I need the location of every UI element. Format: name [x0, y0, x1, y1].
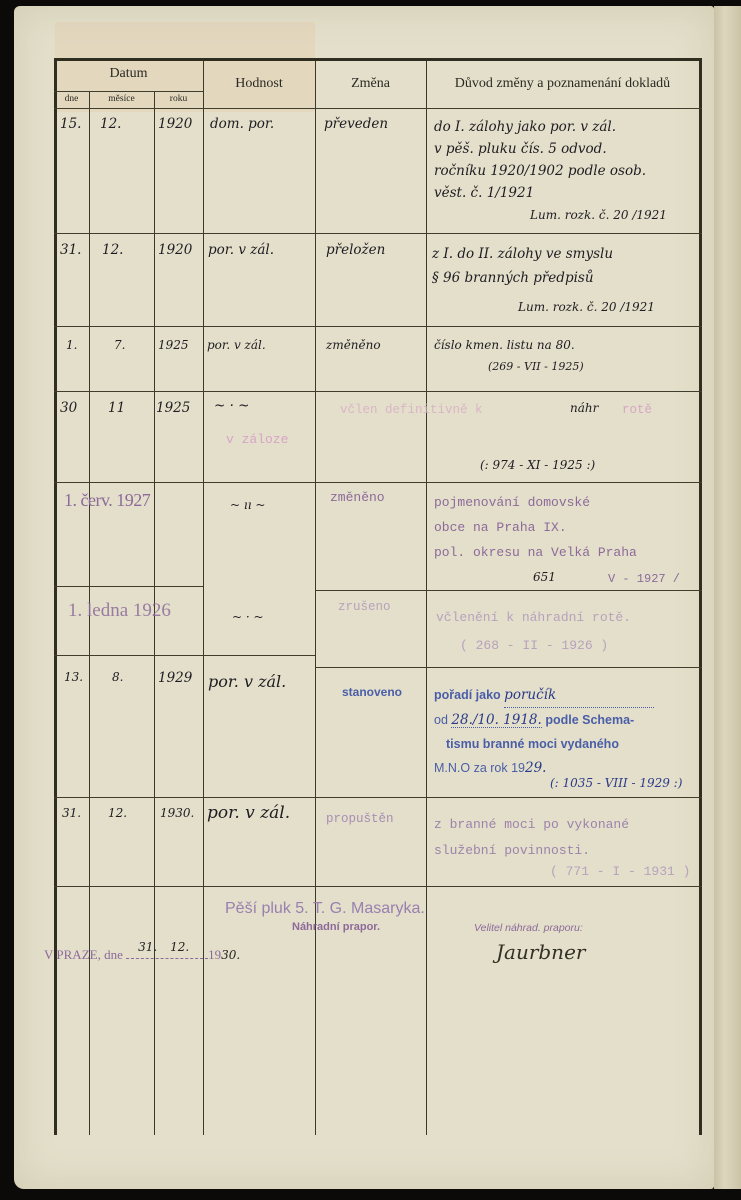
row-7-duvod: pořadí jako poručík od 28./10. 1918. pod… — [434, 683, 654, 780]
header-dne: dne — [54, 94, 89, 104]
row-5-reference-number: 651 — [533, 570, 556, 584]
row-7-duvod-line4-prefix: M.N.O za rok 19 — [434, 761, 525, 775]
datum-subheader-line — [54, 91, 203, 92]
row-7-duvod-od: od — [434, 713, 448, 727]
row-1-dne: 15. — [60, 116, 81, 132]
row-7-duvod-line-2: od 28./10. 1918. podle Schema- — [434, 708, 654, 732]
row-6-duvod: včlenění k náhradní rotě. — [436, 610, 631, 625]
row-3-zmena: změněno — [326, 338, 381, 352]
table-border-left — [54, 58, 57, 1135]
commander-signature: Jaurbner — [496, 940, 585, 964]
row-4-duvod-handwritten: náhr — [570, 401, 598, 415]
row-2-zmena: přeložen — [326, 242, 385, 258]
row-4-mesice: 11 — [108, 400, 125, 416]
header-mesice: měsíce — [89, 94, 154, 104]
row-line-5-right — [315, 590, 702, 591]
row-5-date-stamp: 1. červ. 1927 — [64, 490, 150, 511]
row-5-duvod: pojmenování domovské obce na Praha IX. p… — [434, 490, 637, 565]
row-4-reference: (: 974 - XI - 1925 :) — [480, 458, 595, 472]
row-1-roku: 1920 — [158, 116, 192, 132]
row-7-zmena: stanoveno — [342, 685, 402, 699]
row-8-reference: ( 771 - I - 1931 ) — [550, 864, 690, 879]
row-6-date-stamp: 1. ledna 1926 — [68, 600, 171, 622]
row-4-roku: 1925 — [156, 400, 190, 416]
row-3-roku: 1925 — [158, 338, 189, 352]
row-1-mesice: 12. — [100, 116, 121, 132]
row-line-2 — [54, 326, 702, 327]
row-5-duvod-line: pojmenování domovské — [434, 490, 637, 515]
row-4-zmena-stamp: v záloze — [226, 432, 288, 447]
row-8-duvod: z branné moci po vykonané služební povin… — [434, 812, 629, 864]
footer-day: 31. — [138, 940, 157, 954]
header-zmena: Změna — [315, 76, 426, 92]
header-datum: Datum — [54, 66, 203, 82]
row-7-hodnost: por. v zál. — [208, 672, 286, 691]
row-7-duvod-line2-rest: podle Schema- — [545, 713, 634, 727]
row-5-hodnost: ~ ıı ~ — [230, 498, 265, 512]
row-3-hodnost: por. v zál. — [207, 338, 266, 352]
table-border-top — [54, 58, 702, 61]
row-6-zmena: zrušeno — [338, 600, 391, 614]
row-7-roku: 1929 — [158, 670, 192, 686]
row-7-mesice: 8. — [112, 670, 123, 684]
row-line-4 — [54, 482, 702, 483]
row-2-dne: 31. — [60, 242, 81, 258]
place-label: V PRAZE, dne — [44, 947, 123, 962]
row-8-dne: 31. — [62, 806, 81, 820]
row-3-duvod: číslo kmen. listu na 80. — [434, 338, 575, 352]
row-3-reference: (269 - VII - 1925) — [488, 360, 584, 373]
row-5-zmena: změněno — [330, 490, 385, 505]
row-line-1 — [54, 233, 702, 234]
footer-month: 12. — [170, 940, 189, 954]
row-7-duvod-prefix: pořadí jako — [434, 688, 501, 702]
row-8-hodnost: por. v zál. — [207, 803, 290, 823]
row-7-duvod-date: 28./10. 1918. — [451, 712, 541, 728]
battalion-stamp: Náhradní prapor. — [292, 921, 380, 933]
row-7-rank: poručík — [504, 687, 556, 703]
row-line-8 — [54, 886, 702, 887]
footer-year-prefix: 19 — [208, 947, 221, 962]
row-5-duvod-line: obce na Praha IX. — [434, 515, 637, 540]
row-2-duvod-line: § 96 branných předpisů — [432, 266, 613, 290]
row-8-zmena: propuštěn — [326, 812, 394, 826]
row-2-duvod-line: z I. do II. zálohy ve smyslu — [432, 242, 613, 266]
row-2-duvod: z I. do II. zálohy ve smyslu § 96 branný… — [432, 242, 613, 290]
row-5-reference: V - 1927 / — [608, 572, 680, 586]
row-7-duvod-line-1: pořadí jako poručík — [434, 683, 654, 708]
row-7-date-field: 28./10. 1918. — [451, 713, 541, 728]
row-4-hodnost: ~ · ~ — [214, 398, 250, 414]
col-divider-roku — [203, 58, 204, 1135]
table-border-right — [699, 58, 702, 1135]
row-2-reference: Lum. rozk. č. 20 /1921 — [518, 300, 655, 314]
row-line-3 — [54, 391, 702, 392]
record-table: Datum dne měsíce roku Hodnost Změna Důvo… — [0, 0, 741, 1200]
row-7-duvod-line-3: tismu branné moci vydaného — [434, 732, 654, 756]
row-line-7 — [54, 797, 702, 798]
row-line-5-left — [54, 586, 203, 587]
row-line-6-left — [54, 655, 315, 656]
row-1-hodnost: dom. por. — [210, 116, 274, 132]
row-4-duvod-stamp: včlen definitivně k — [340, 403, 483, 417]
row-3-mesice: 7. — [114, 338, 125, 352]
row-1-reference: Lum. rozk. č. 20 /1921 — [530, 208, 667, 222]
row-7-duvod-line3-text: tismu branné moci vydaného — [446, 737, 619, 751]
row-2-roku: 1920 — [158, 242, 192, 258]
header-duvod: Důvod změny a poznamenání dokladů — [426, 76, 699, 92]
row-3-dne: 1. — [66, 338, 77, 352]
row-7-rank-field: poručík — [504, 683, 654, 708]
date-field: 31. 12. — [126, 944, 208, 959]
header-roku: roku — [154, 94, 203, 104]
row-4-dne: 30 — [60, 400, 77, 416]
commander-title: Velitel náhrad. praporu: — [474, 922, 583, 934]
row-6-hodnost: ~ · ~ — [232, 610, 264, 624]
row-7-dne: 13. — [64, 670, 83, 684]
row-1-duvod-line: do I. zálohy jako por. v zál. — [434, 116, 646, 138]
header-hodnost: Hodnost — [203, 76, 315, 92]
row-2-mesice: 12. — [102, 242, 123, 258]
col-divider-zmena — [426, 58, 427, 1135]
row-5-duvod-line: pol. okresu na Velká Praha — [434, 540, 637, 565]
footer-year-suffix: 30. — [221, 948, 240, 962]
row-6-reference: ( 268 - II - 1926 ) — [460, 638, 608, 653]
row-1-duvod-line: ročníku 1920/1902 podle osob. — [434, 160, 646, 182]
row-8-mesice: 12. — [108, 806, 127, 820]
row-8-roku: 1930. — [160, 806, 194, 820]
row-7-reference: (: 1035 - VIII - 1929 :) — [550, 776, 682, 790]
row-1-duvod: do I. zálohy jako por. v zál. v pěš. plu… — [434, 116, 646, 204]
row-line-6-right — [315, 667, 702, 668]
regiment-stamp: Pěší pluk 5. T. G. Masaryka. — [225, 900, 425, 918]
col-divider-hodnost — [315, 58, 316, 1135]
row-2-hodnost: por. v zál. — [208, 242, 274, 258]
row-8-duvod-line: z branné moci po vykonané — [434, 812, 629, 838]
row-7-duvod-year: 29. — [525, 760, 546, 776]
row-1-duvod-line: věst. č. 1/1921 — [434, 182, 646, 204]
place-date-line: V PRAZE, dne 31. 12. 1930. — [44, 944, 240, 963]
row-1-zmena: převeden — [324, 116, 388, 132]
row-8-duvod-line: služební povinnosti. — [434, 838, 629, 864]
header-bottom-line — [54, 108, 702, 109]
row-4-duvod-stamp-end: rotě — [622, 403, 652, 417]
row-1-duvod-line: v pěš. pluku čís. 5 odvod. — [434, 138, 646, 160]
